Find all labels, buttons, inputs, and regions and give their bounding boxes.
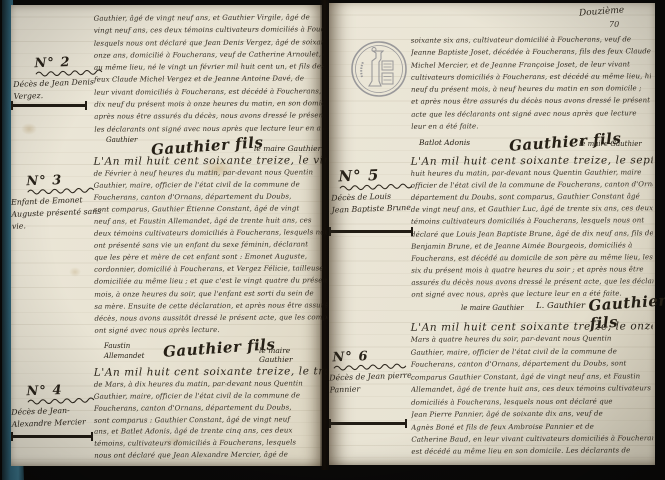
act-number: N° 6 (332, 349, 368, 365)
act-2-text: Gauthier, âgé de vingt neuf ans, et Gaut… (94, 11, 325, 135)
signature: le maire Gauthier (254, 144, 321, 153)
imperial-revenue-stamp-icon (349, 39, 409, 99)
margin-separator-rule (11, 435, 93, 438)
right-page: Douzième 70 N° 5 Décès de LouisJean Bapt… (329, 3, 655, 465)
margin-note-act-6: N° 6 Décès de Jean pierrePannier (332, 344, 412, 397)
act-caption: Décès de LouisJean Baptiste Brune (331, 190, 418, 217)
margin-separator-rule (329, 230, 413, 233)
act-caption: Enfant de EmonetAuguste présenté sansvie… (11, 194, 102, 233)
act-6-text: L'An mil huit cent soixante treize, le o… (411, 320, 654, 458)
act-4-text-continued: soixante six ans, cultivateur domicilié … (411, 33, 652, 133)
left-page: N° 2 Décès de Jean DenisVergez. N° 3 Enf… (11, 5, 322, 466)
margin-note-act-5: N° 5 Décès de LouisJean Baptiste Brune (338, 164, 418, 217)
act-caption: Décès de Jean pierrePannier (329, 370, 412, 397)
act-caption: Décès de Jean-Alexandre Mercier (11, 404, 102, 431)
signature: le maire Gauthier (259, 346, 322, 364)
act-3-text: L'An mil huit cent soixante treize, le v… (93, 154, 327, 336)
signature: Batlot Adonis (419, 138, 470, 147)
register-spread-photo: N° 2 Décès de Jean DenisVergez. N° 3 Enf… (0, 0, 665, 480)
act-5-text: L'An mil huit cent soixante treize, le s… (411, 154, 654, 301)
signature: le maire Gauthier (461, 304, 524, 312)
margin-note-act-3: N° 3 Enfant de EmonetAuguste présenté sa… (26, 168, 102, 233)
act-4-text: L'An mil huit cent soixante treize, le t… (94, 366, 328, 463)
signature: le maire Gauthier (579, 140, 642, 148)
act-number: N° 2 (34, 55, 70, 71)
act-number: N° 3 (26, 173, 62, 189)
act-number: N° 4 (26, 383, 62, 399)
signature: Faustin Allemandet (104, 341, 144, 361)
page-number: 70 (609, 20, 619, 29)
margin-separator-rule (329, 422, 407, 425)
margin-separator-rule (11, 104, 87, 107)
margin-note-act-4: N° 4 Décès de Jean-Alexandre Mercier (26, 378, 102, 431)
act-number: N° 5 (338, 166, 379, 185)
signature: Gauthier (106, 136, 137, 144)
signature: L. Gauthier (536, 301, 585, 311)
